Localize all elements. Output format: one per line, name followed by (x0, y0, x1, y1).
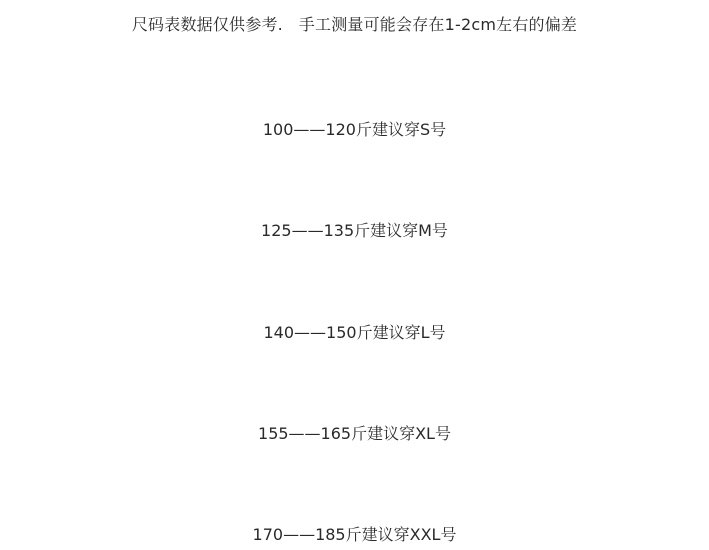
size-row-l: 140——150斤建议穿L号 (0, 320, 709, 343)
size-row-m: 125——135斤建议穿M号 (0, 218, 709, 241)
disclaimer-note: 尺码表数据仅供参考. 手工测量可能会存在1-2cm左右的偏差 (0, 12, 709, 35)
size-row-xxl: 170——185斤建议穿XXL号 (0, 522, 709, 545)
size-row-s: 100——120斤建议穿S号 (0, 117, 709, 140)
size-row-xl: 155——165斤建议穿XL号 (0, 421, 709, 444)
